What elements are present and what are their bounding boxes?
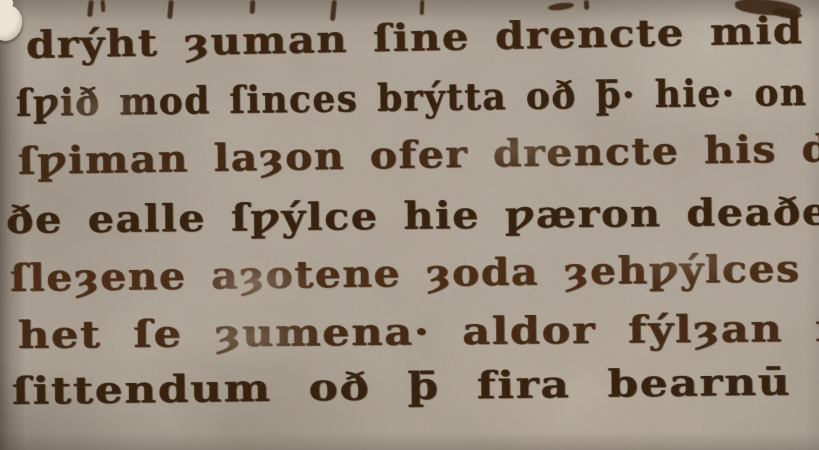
manuscript-page: drýht ȝuman ſine drencte mid ƿinê ſƿið m…: [0, 0, 819, 450]
cut-letter-stroke: [101, 0, 106, 12]
parchment-hole: [0, 2, 25, 44]
manuscript-line-1: drýht ȝuman ſine drencte mid ƿinê: [26, 4, 819, 69]
manuscript-line-6: het ſe ȝumena· aldor fýlȝan flet: [18, 303, 819, 359]
cut-letter-stroke: [167, 0, 174, 19]
manuscript-line-4: ðe ealle ſƿýlce hie ƿæron deaðe ȝe: [6, 187, 819, 244]
cut-letter-stroke: [584, 0, 590, 10]
manuscript-line-7: ſittendum oð þ̄ fira bearnū nea: [12, 356, 819, 415]
cut-letter-stroke: [87, 0, 94, 17]
manuscript-line-5: ſleȝene aȝotene ȝoda ȝehƿýlces ſƿa: [10, 243, 819, 302]
manuscript-line-3: ſƿiman laȝon ofer drencte his duȝu: [18, 123, 819, 185]
cut-letter-stroke: [250, 0, 256, 14]
manuscript-line-2: ſƿið mod ſinces brýtta oð þ̄· hie· on: [16, 68, 808, 127]
